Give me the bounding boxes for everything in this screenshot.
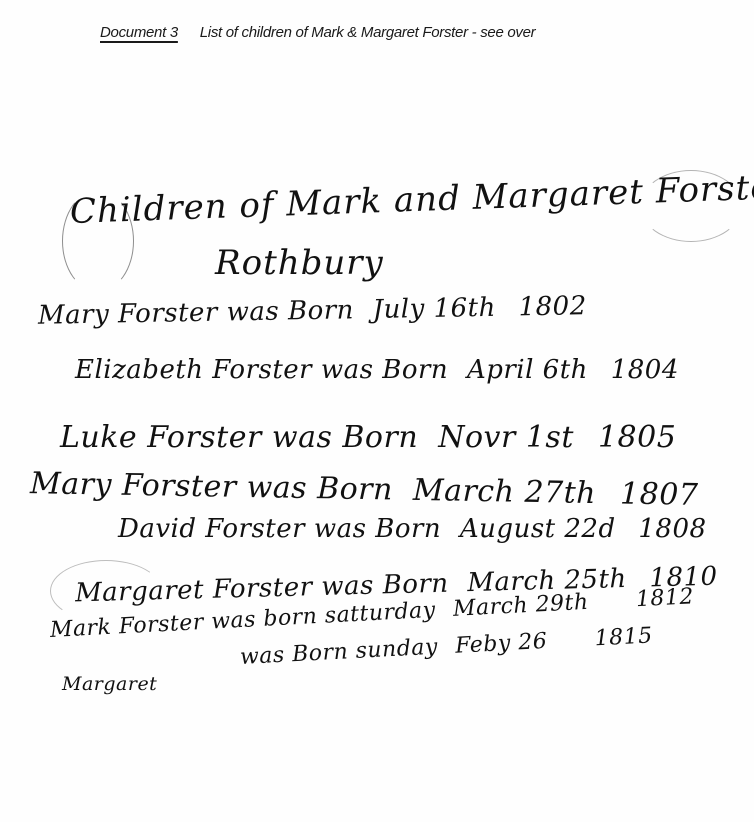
born-text: was Born sunday (239, 635, 438, 670)
archive-annotation: Document 3 List of children of Mark & Ma… (100, 24, 535, 41)
born-text: was Born (321, 355, 448, 385)
child-name: Luke Forster (60, 420, 262, 455)
birth-year: 1812 (635, 584, 694, 612)
birth-year: 1805 (598, 420, 676, 455)
document-page: Document 3 List of children of Mark & Ma… (0, 0, 754, 822)
child-name: David Forster (118, 514, 305, 544)
birth-entry: David Forster was Born August 22d 1808 (118, 514, 707, 544)
birth-date: April 6th (467, 355, 588, 385)
birth-date: March 27th (413, 473, 597, 511)
birth-date: Novr 1st (438, 420, 574, 455)
birth-year: 1807 (620, 476, 699, 512)
document-description: List of children of Mark & Margaret Fors… (200, 24, 536, 41)
born-text: was Born (246, 470, 393, 508)
child-name: Mary Forster (38, 298, 218, 331)
birth-entry: was Born sunday Feby 26 1815 (239, 623, 653, 670)
birth-year: 1815 (594, 623, 653, 651)
child-name: Mary Forster (30, 466, 237, 505)
document-label: Document 3 (100, 24, 178, 41)
child-name: Elizabeth Forster (75, 355, 312, 385)
birth-year: 1808 (638, 514, 706, 544)
register-place: Rothbury (215, 243, 384, 283)
birth-entry: Mary Forster was Born July 16th 1802 (38, 291, 587, 331)
marginal-name: Margaret (62, 673, 157, 695)
birth-date: Feby 26 (455, 629, 548, 659)
born-text: was Born (321, 569, 449, 602)
born-text: was Born (226, 295, 354, 327)
birth-date: August 22d (460, 514, 616, 544)
birth-date: July 16th (372, 293, 496, 325)
birth-entry: Luke Forster was Born Novr 1st 1805 (60, 420, 676, 455)
born-text: was Born (272, 420, 418, 455)
birth-year: 1802 (518, 291, 587, 322)
born-text: was Born (314, 514, 441, 544)
child-name: Margaret Forster (75, 572, 313, 608)
birth-entry: Elizabeth Forster was Born April 6th 180… (75, 355, 679, 385)
birth-entry: Mary Forster was Born March 27th 1807 (30, 466, 699, 513)
birth-year: 1804 (611, 355, 679, 385)
